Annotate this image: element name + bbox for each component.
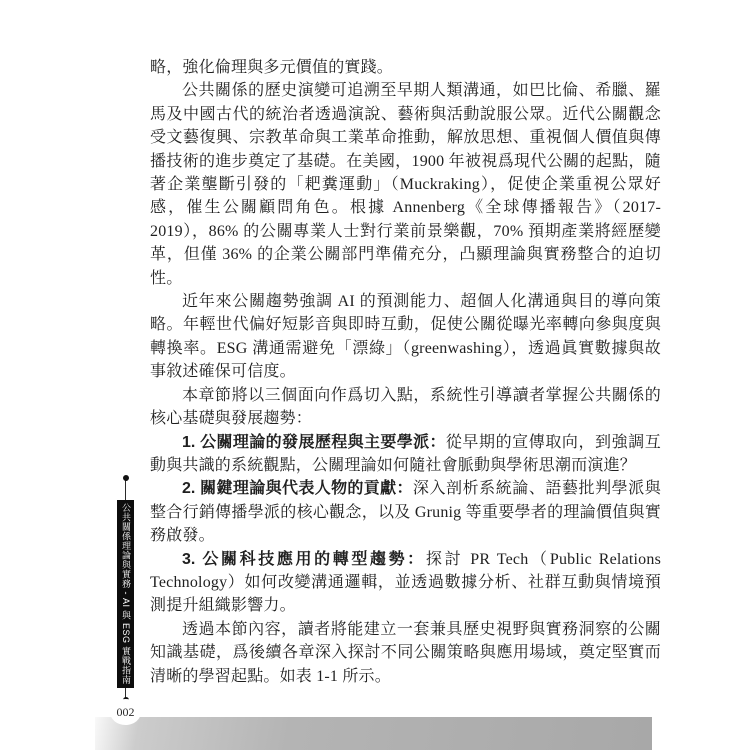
body-text-block: 略，強化倫理與多元價值的實踐。 公共關係的歷史演變可追溯至早期人類溝通，如巴比倫… bbox=[150, 56, 661, 688]
list-item-leader: 3. 公關科技應用的轉型趨勢： bbox=[182, 551, 426, 568]
paragraph: 公共關係的歷史演變可追溯至早期人類溝通，如巴比倫、希臘、羅馬及中國古代的統治者透… bbox=[150, 79, 661, 290]
spine-top-dot bbox=[123, 475, 129, 481]
list-item-paragraph: 2. 關鍵理論與代表人物的貢獻：深入剖析系統論、語藝批判學派與整合行銷傳播學派的… bbox=[150, 477, 661, 547]
paragraph: 近年來公關趨勢強調 AI 的預測能力、超個人化溝通與目的導向策略。年輕世代偏好短… bbox=[150, 290, 661, 384]
list-item-leader: 1. 公關理論的發展歷程與主要學派： bbox=[182, 434, 446, 451]
page-bottom-shadow bbox=[95, 717, 652, 750]
list-item-leader: 2. 關鍵理論與代表人物的貢獻： bbox=[182, 480, 413, 497]
list-item-paragraph: 1. 公關理論的發展歷程與主要學派：從早期的宣傳取向，到強調互動與共識的系統觀點… bbox=[150, 431, 661, 478]
paragraph: 略，強化倫理與多元價值的實踐。 bbox=[150, 56, 661, 79]
book-page: 略，強化倫理與多元價值的實踐。 公共關係的歷史演變可追溯至早期人類溝通，如巴比倫… bbox=[0, 0, 750, 750]
page-number: 002 bbox=[110, 699, 141, 725]
book-spine-title: 公共關係理論與實務 - AI 與 ESG 實戰指南 bbox=[117, 500, 134, 688]
list-item-paragraph: 3. 公關科技應用的轉型趨勢：探討 PR Tech（Public Relatio… bbox=[150, 548, 661, 618]
paragraph: 透過本節內容，讀者將能建立一套兼具歷史視野與實務洞察的公關知識基礎，爲後續各章深… bbox=[150, 618, 661, 688]
paragraph: 本章節將以三個面向作爲切入點，系統性引導讀者掌握公共關係的核心基礎與發展趨勢： bbox=[150, 384, 661, 431]
